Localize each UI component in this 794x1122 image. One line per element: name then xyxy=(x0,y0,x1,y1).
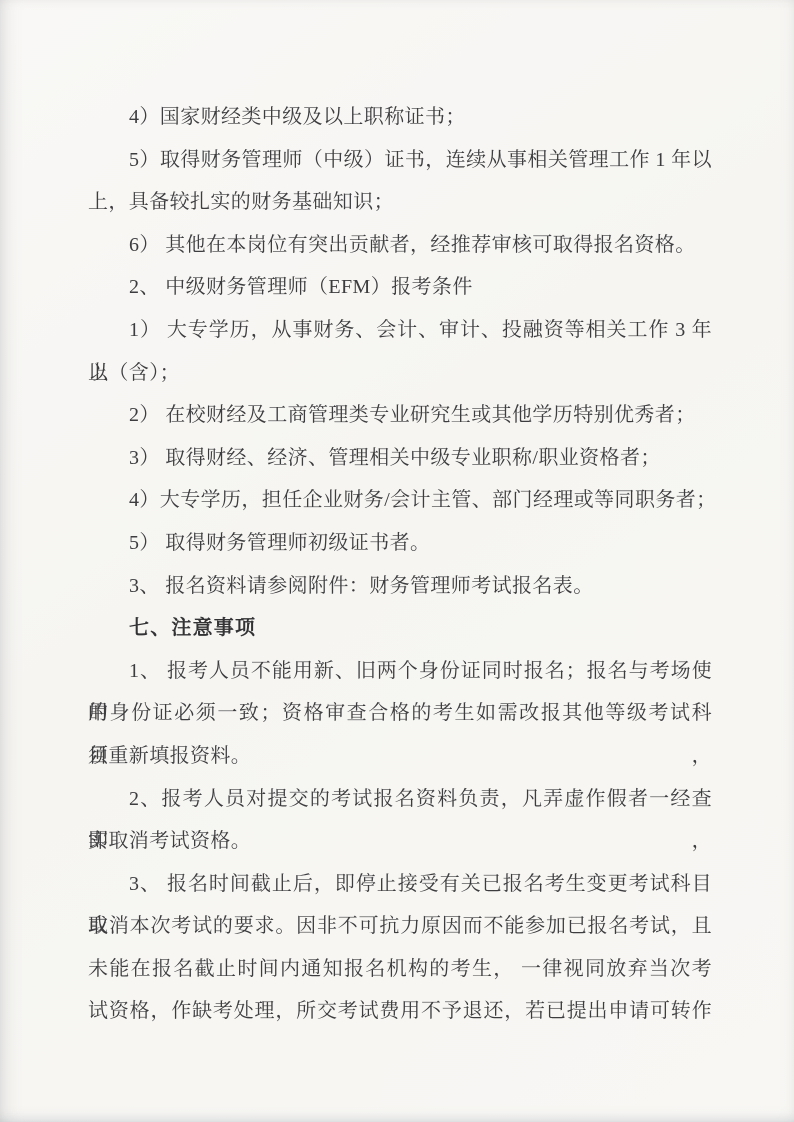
text-line: 2、报考人员对提交的考试报名资料负责，凡弄虚作假者一经查实， xyxy=(88,778,712,821)
text-line: 3、 报名时间截止后，即停止接受有关已报名考生变更考试科目或 xyxy=(88,863,712,906)
text-line: 4）国家财经类中级及以上职称证书； xyxy=(88,96,712,139)
page-content: 4）国家财经类中级及以上职称证书；5）取得财务管理师（中级）证书，连续从事相关管… xyxy=(88,96,712,1033)
text-line: 1、 报考人员不能用新、旧两个身份证同时报名；报名与考场使用 xyxy=(88,650,712,693)
text-line: 未能在报名截止时间内通知报名机构的考生， 一律视同放弃当次考 xyxy=(88,948,712,991)
text-line: 上，具备较扎实的财务基础知识； xyxy=(88,181,712,224)
text-line: 试资格，作缺考处理，所交考试费用不予退还，若已提出申请可转作 xyxy=(88,990,712,1033)
text-line: 3） 取得财经、经济、管理相关中级专业职称/职业资格者； xyxy=(88,437,712,480)
text-line: 取消本次考试的要求。因非不可抗力原因而不能参加已报名考试，且 xyxy=(88,905,712,948)
text-line: 4）大专学历，担任企业财务/会计主管、部门经理或等同职务者； xyxy=(88,479,712,522)
text-line: 6） 其他在本岗位有突出贡献者，经推荐审核可取得报名资格。 xyxy=(88,224,712,267)
text-line: 上（含）； xyxy=(88,352,712,395)
scanned-document-page: 4）国家财经类中级及以上职称证书；5）取得财务管理师（中级）证书，连续从事相关管… xyxy=(0,0,794,1122)
section-heading: 七、注意事项 xyxy=(88,607,712,650)
text-line: 2、 中级财务管理师（EFM）报考条件 xyxy=(88,266,712,309)
text-line: 3、 报名资料请参阅附件：财务管理师考试报名表。 xyxy=(88,565,712,608)
text-line: 1） 大专学历，从事财务、会计、审计、投融资等相关工作 3 年以 xyxy=(88,309,712,352)
text-line: 5）取得财务管理师（中级）证书，连续从事相关管理工作 1 年以 xyxy=(88,139,712,182)
text-line: 5） 取得财务管理师初级证书者。 xyxy=(88,522,712,565)
text-line: 2） 在校财经及工商管理类专业研究生或其他学历特别优秀者； xyxy=(88,394,712,437)
text-line: 的身份证必须一致；资格审查合格的考生如需改报其他等级考试科目， xyxy=(88,692,712,735)
